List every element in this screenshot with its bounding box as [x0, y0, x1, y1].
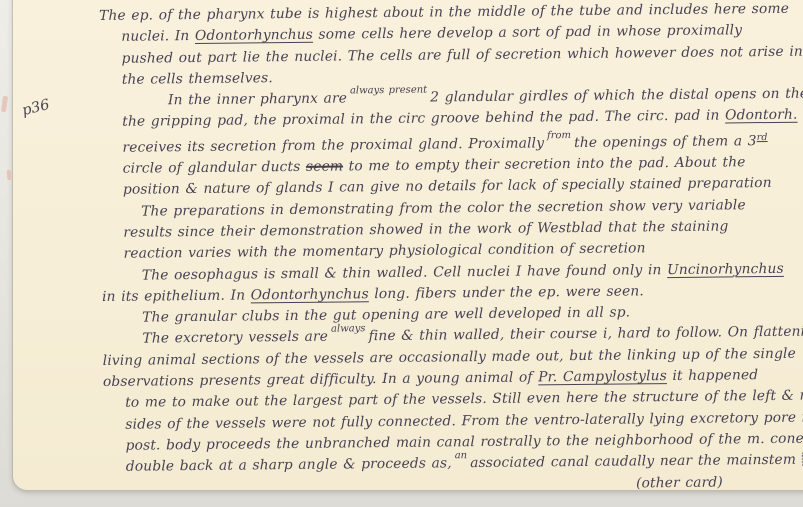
- underlined-term: Uncinorhynchus: [667, 260, 784, 277]
- struck-word: seem: [306, 159, 343, 175]
- margin-note: p36: [20, 97, 51, 119]
- text-run: in its epithelium. In: [102, 287, 251, 305]
- underlined-term: Odontorhynchus: [251, 286, 369, 303]
- underlined-term: Odontorh.: [725, 107, 798, 124]
- text-run: circle of glandular ducts: [123, 159, 306, 177]
- text-run: observations presents great difficulty. …: [103, 369, 538, 390]
- text-run: the gripping pad, the proximal in the ci…: [122, 108, 725, 130]
- footnote-other-card: (other card): [636, 471, 803, 494]
- text-run: receives its secretion from the proximal…: [122, 135, 544, 155]
- text-run: 2 glandular girdles of which the distal …: [430, 85, 803, 105]
- text-run: reaction varies with the momentary physi…: [124, 241, 646, 262]
- text-run: position & nature of glands I can give n…: [123, 175, 772, 198]
- underlined-term: Pr. Campylostylus: [538, 368, 667, 385]
- text-run: to me to empty their secretion into the …: [343, 154, 746, 174]
- interlinear-insertion: always: [328, 325, 369, 335]
- text-run: results since their demonstration showed…: [123, 218, 728, 240]
- text-run: some cells here develop a sort of pad in…: [313, 23, 742, 43]
- text-run: The excretory vessels are: [142, 329, 328, 347]
- text-run: the openings of them a 3: [574, 133, 757, 151]
- underlined-term: Odontorhynchus: [195, 27, 313, 44]
- text-run: it happened: [667, 367, 759, 384]
- handwriting: The ep. of the pharynx tube is highest a…: [99, 0, 803, 490]
- text-run: long. fibers under the ep. were seen.: [369, 283, 644, 302]
- text-run: fine & thin walled, their course i, hard…: [368, 324, 803, 345]
- superscript-ordinal: rd: [757, 132, 768, 143]
- text-run: The oesophagus is small & thin walled. C…: [142, 262, 667, 283]
- text-run: the cells themselves.: [122, 70, 273, 88]
- text-run: The preparations in demonstrating from t…: [141, 197, 746, 219]
- text-run: In the inner pharynx are: [168, 91, 347, 109]
- text-run: pushed out part lie the nuclei. The cell…: [121, 43, 803, 66]
- interlinear-insertion: from: [544, 131, 574, 141]
- index-card: p36 The ep. of the pharynx tube is highe…: [13, 0, 803, 490]
- text-run: The granular clubs in the gut opening ar…: [142, 305, 630, 326]
- text-run: to me to make out the largest part of th…: [125, 388, 803, 411]
- interlinear-insertion: an: [452, 451, 471, 461]
- text-run: nuclei. In: [121, 28, 195, 45]
- text-run: double back at a sharp angle & proceeds …: [126, 456, 452, 475]
- text-run: associated canal caudally near the mains…: [470, 452, 802, 471]
- interlinear-insertion: always present: [347, 86, 430, 97]
